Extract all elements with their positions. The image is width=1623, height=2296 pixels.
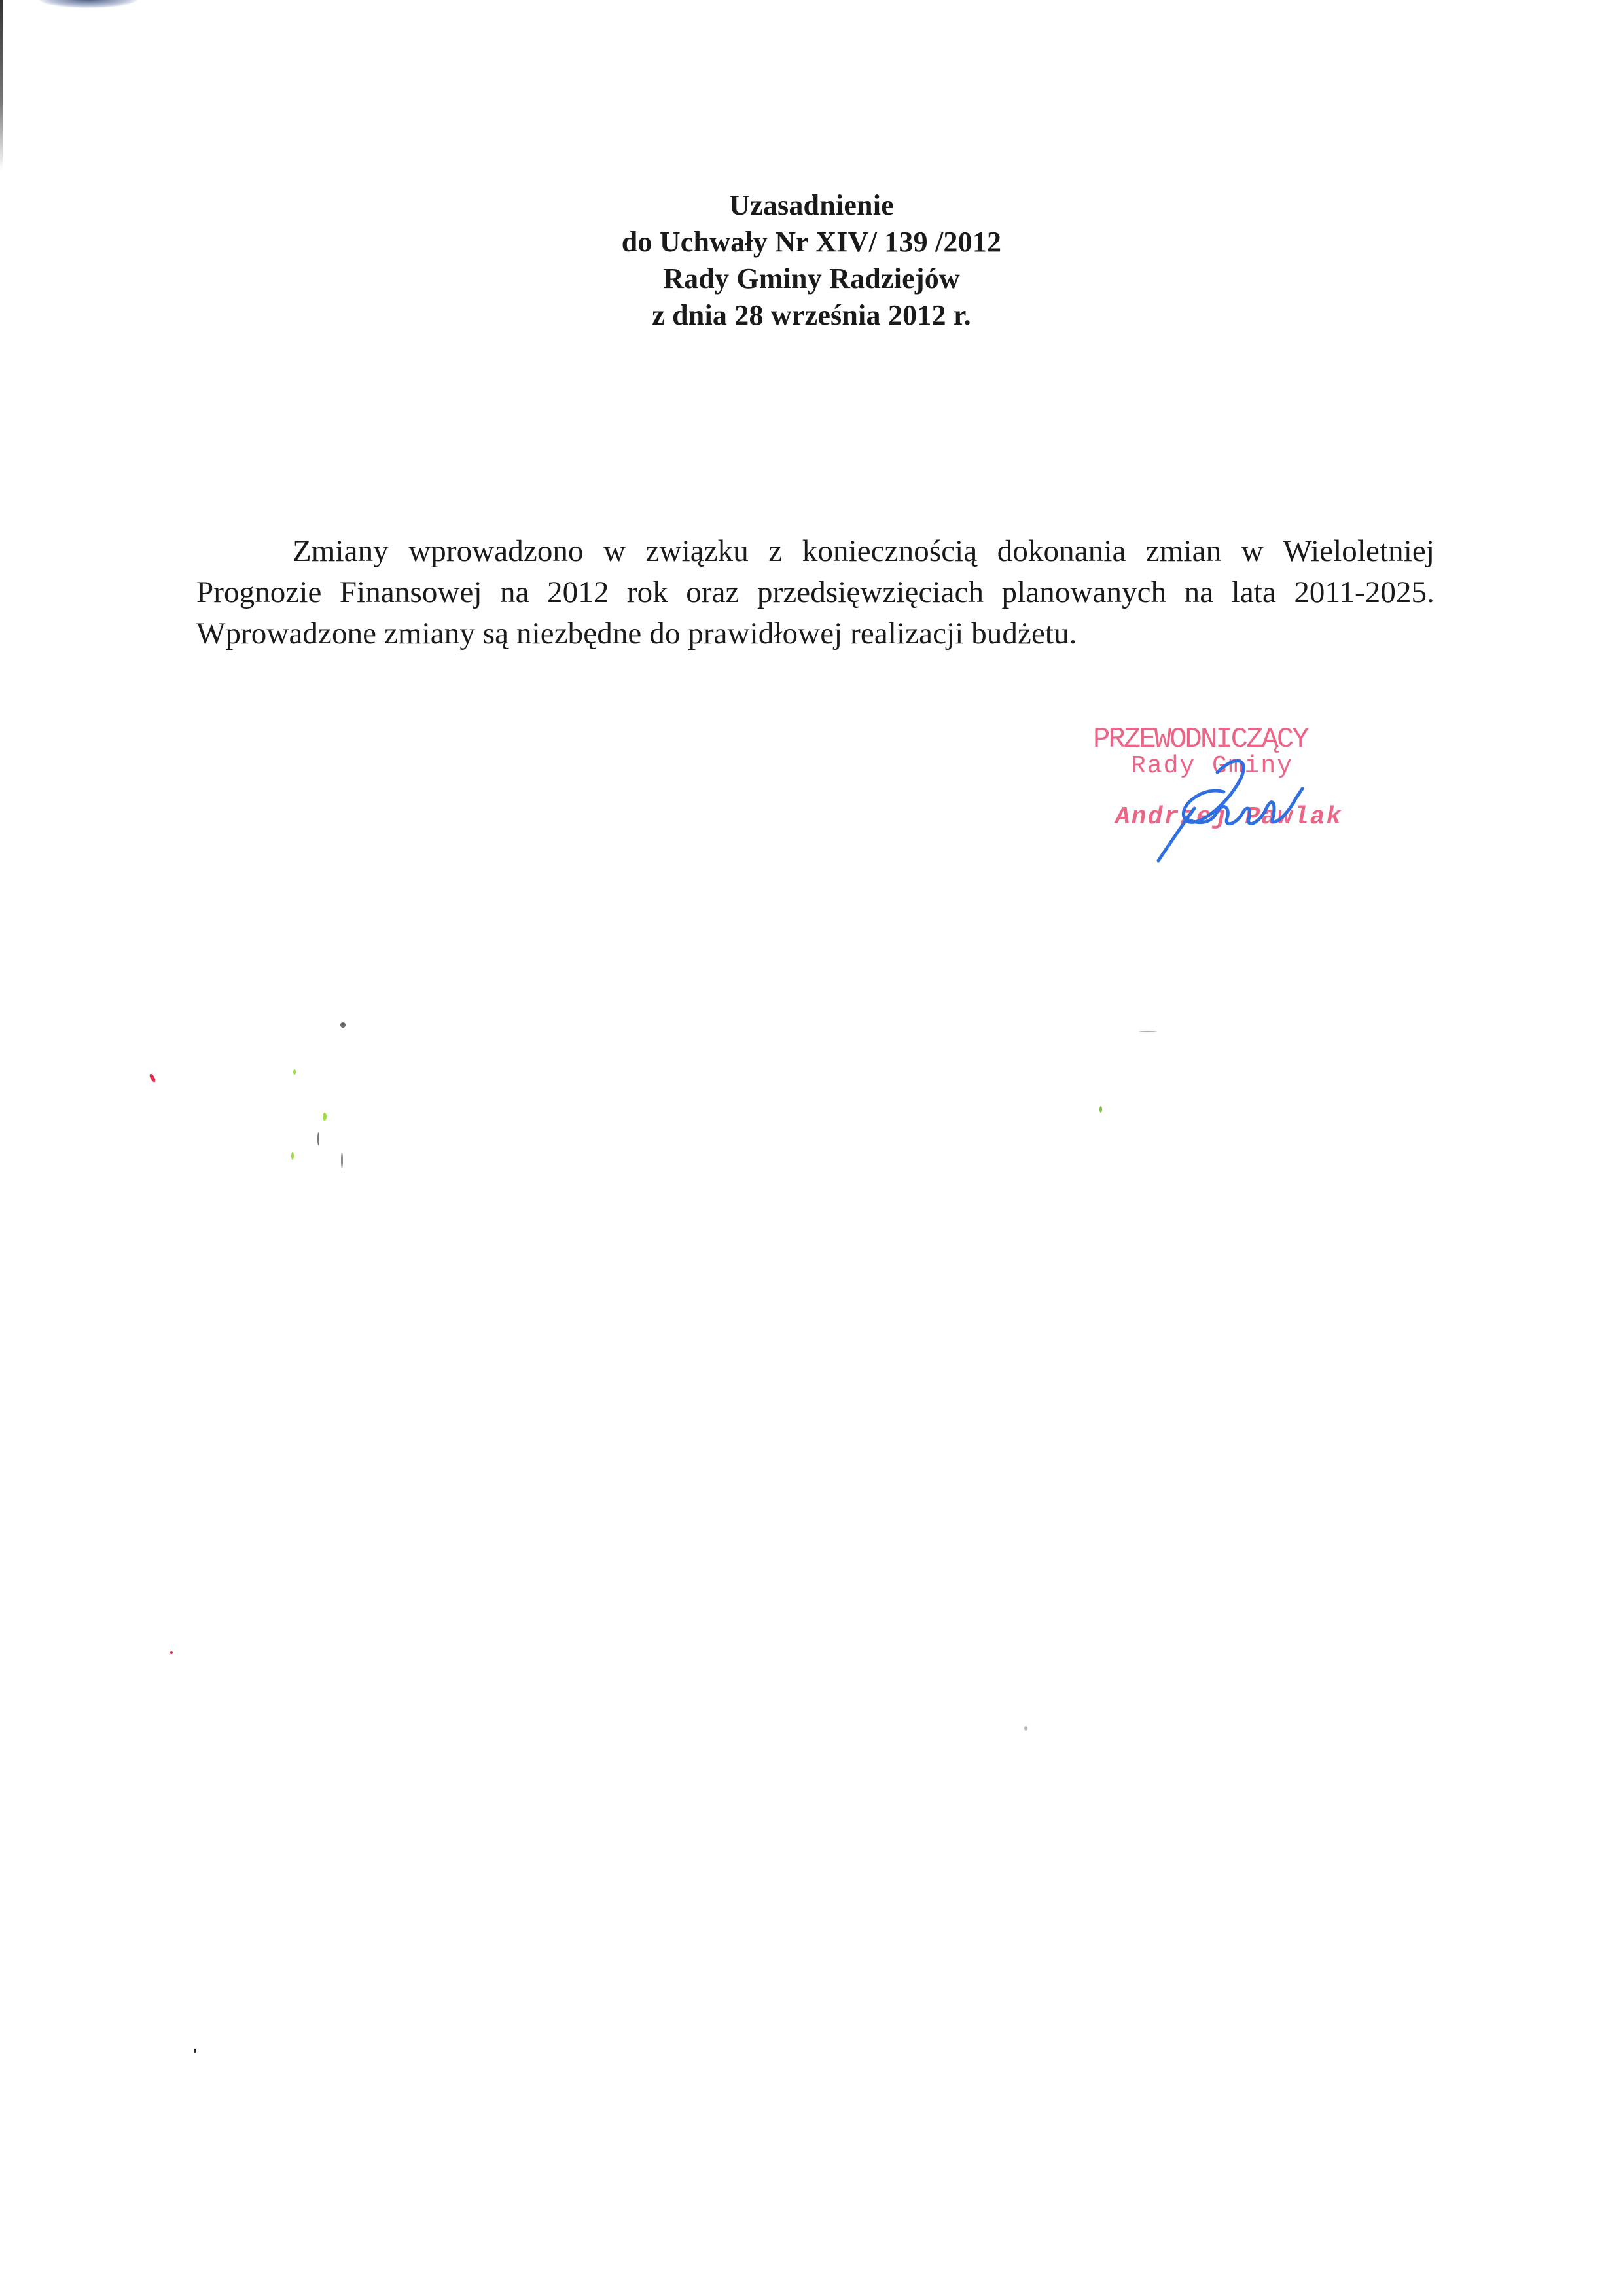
title-date: z dnia 28 września 2012 r. bbox=[0, 297, 1623, 334]
handwritten-signature-icon bbox=[1139, 746, 1335, 864]
scan-speck bbox=[340, 1022, 346, 1028]
scan-speck bbox=[341, 1152, 343, 1168]
scan-speck bbox=[1024, 1726, 1027, 1731]
title-heading: Uzasadnienie bbox=[0, 187, 1623, 224]
scan-speck bbox=[1099, 1106, 1102, 1113]
scan-speck bbox=[170, 1651, 173, 1654]
scan-speck bbox=[291, 1152, 294, 1160]
scan-speck bbox=[1139, 1031, 1157, 1032]
scan-speck bbox=[194, 2049, 196, 2053]
title-council: Rady Gminy Radziejów bbox=[0, 260, 1623, 297]
justification-paragraph: Zmiany wprowadzono w związku z konieczno… bbox=[196, 531, 1435, 655]
scan-page-edge bbox=[0, 0, 3, 170]
title-resolution-number: do Uchwały Nr XIV/ 139 /2012 bbox=[0, 224, 1623, 260]
scan-speck bbox=[317, 1132, 319, 1145]
scan-speck bbox=[323, 1113, 327, 1121]
scan-speck bbox=[149, 1073, 156, 1083]
scan-speck bbox=[293, 1069, 296, 1075]
document-title: Uzasadnienie do Uchwały Nr XIV/ 139 /201… bbox=[0, 187, 1623, 334]
scan-artifact bbox=[39, 0, 137, 8]
